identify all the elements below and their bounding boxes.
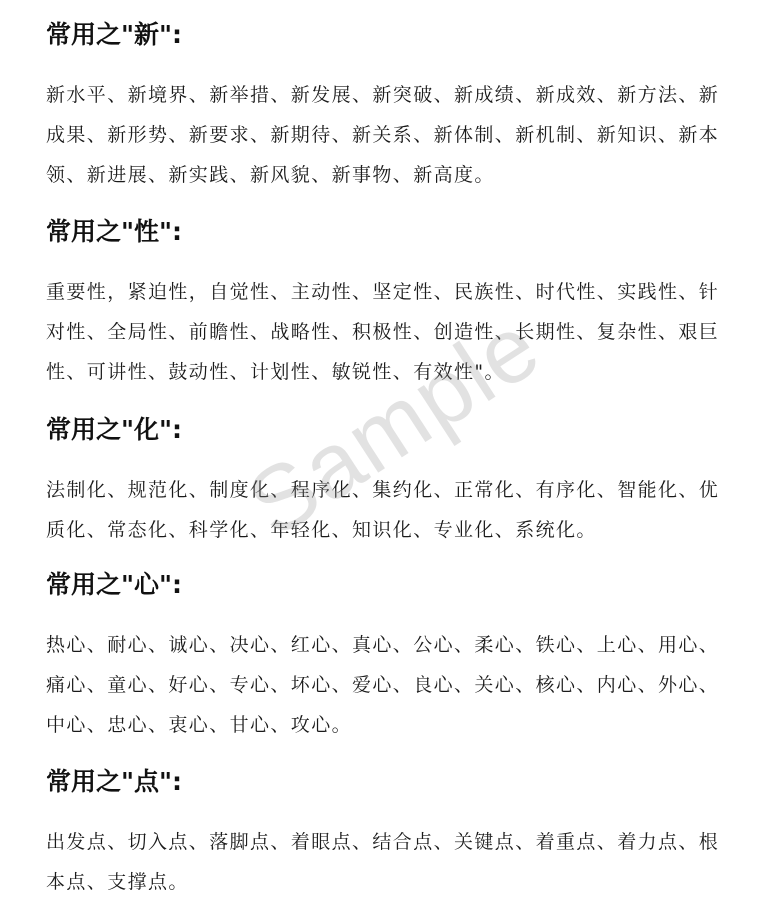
body-line: 质化、常态化、科学化、年轻化、知识化、专业化、系统化。 [46, 510, 726, 550]
body-line: 中心、忠心、衷心、甘心、攻心。 [46, 705, 726, 745]
body-line: 痛心、童心、好心、专心、坏心、爱心、良心、关心、核心、内心、外心、 [46, 665, 726, 705]
section-heading: 常用之"点": [46, 766, 726, 798]
body-line: 本点、支撑点。 [46, 862, 726, 902]
body-line: 成果、新形势、新要求、新期待、新关系、新体制、新机制、新知识、新本 [46, 115, 726, 155]
body-line: 对性、全局性、前瞻性、战略性、积极性、创造性、长期性、复杂性、艰巨 [46, 312, 726, 352]
section-xin: 常用之"新": 新水平、新境界、新举措、新发展、新突破、新成绩、新成效、新方法、… [46, 19, 726, 195]
section-body: 重要性，紧迫性，自觉性、主动性、坚定性、民族性、时代性、实践性、针 对性、全局性… [46, 272, 726, 392]
body-line: 新水平、新境界、新举措、新发展、新突破、新成绩、新成效、新方法、新 [46, 75, 726, 115]
section-heading: 常用之"心": [46, 569, 726, 601]
section-dian: 常用之"点": 出发点、切入点、落脚点、着眼点、结合点、关键点、着重点、着力点、… [46, 766, 726, 902]
section-heading: 常用之"性": [46, 216, 726, 248]
section-body: 新水平、新境界、新举措、新发展、新突破、新成绩、新成效、新方法、新 成果、新形势… [46, 75, 726, 195]
body-line: 性、可讲性、鼓动性、计划性、敏锐性、有效性"。 [46, 352, 726, 392]
section-body: 法制化、规范化、制度化、程序化、集约化、正常化、有序化、智能化、优 质化、常态化… [46, 470, 726, 550]
section-xin-heart: 常用之"心": 热心、耐心、诚心、决心、红心、真心、公心、柔心、铁心、上心、用心… [46, 569, 726, 745]
body-line: 出发点、切入点、落脚点、着眼点、结合点、关键点、着重点、着力点、根 [46, 822, 726, 862]
body-line: 领、新进展、新实践、新风貌、新事物、新高度。 [46, 155, 726, 195]
body-line: 法制化、规范化、制度化、程序化、集约化、正常化、有序化、智能化、优 [46, 470, 726, 510]
section-body: 出发点、切入点、落脚点、着眼点、结合点、关键点、着重点、着力点、根 本点、支撑点… [46, 822, 726, 902]
section-xing: 常用之"性": 重要性，紧迫性，自觉性、主动性、坚定性、民族性、时代性、实践性、… [46, 216, 726, 392]
section-hua: 常用之"化": 法制化、规范化、制度化、程序化、集约化、正常化、有序化、智能化、… [46, 414, 726, 550]
body-line: 重要性，紧迫性，自觉性、主动性、坚定性、民族性、时代性、实践性、针 [46, 272, 726, 312]
body-line: 热心、耐心、诚心、决心、红心、真心、公心、柔心、铁心、上心、用心、 [46, 625, 726, 665]
section-body: 热心、耐心、诚心、决心、红心、真心、公心、柔心、铁心、上心、用心、 痛心、童心、… [46, 625, 726, 745]
section-heading: 常用之"新": [46, 19, 726, 51]
section-heading: 常用之"化": [46, 414, 726, 446]
